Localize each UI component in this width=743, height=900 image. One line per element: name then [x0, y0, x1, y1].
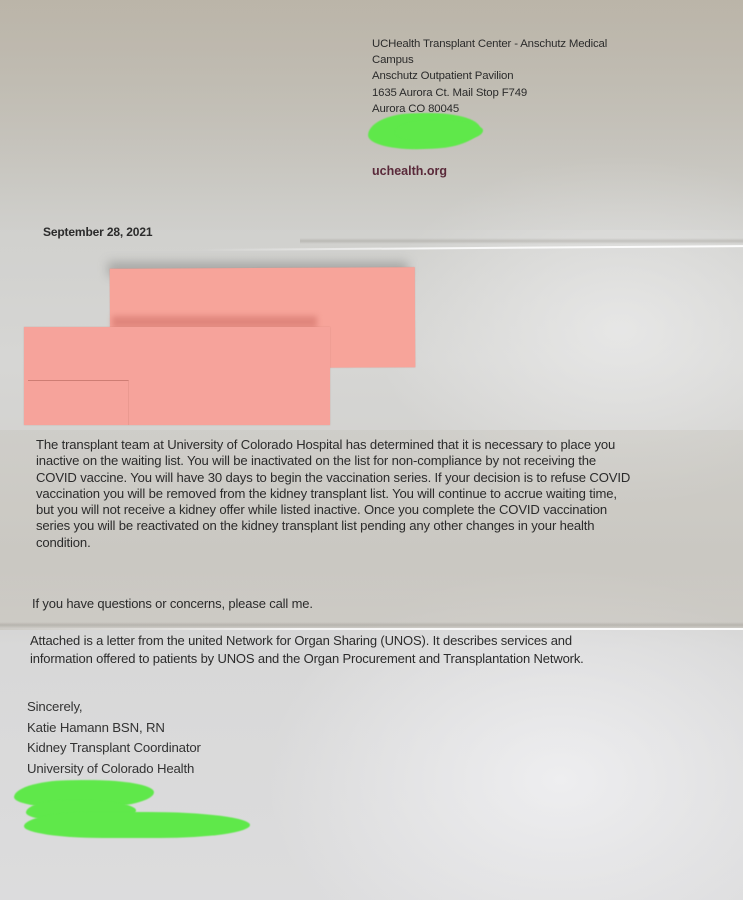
- letter-date: September 28, 2021: [43, 224, 152, 240]
- attachment-line: information offered to patients by UNOS …: [30, 650, 584, 668]
- redaction-green-contact: [24, 812, 250, 838]
- questions-line: If you have questions or concerns, pleas…: [32, 596, 313, 612]
- body-line: inactive on the waiting list. You will b…: [36, 453, 726, 469]
- paper-fold-line: [0, 628, 743, 630]
- body-paragraph: The transplant team at University of Col…: [36, 437, 726, 551]
- address-line: 1635 Aurora Ct. Mail Stop F749: [372, 85, 607, 101]
- body-line: COVID vaccine. You will have 30 days to …: [36, 470, 726, 486]
- signature-closing: Sincerely,: [27, 697, 201, 718]
- signature-title: Kidney Transplant Coordinator: [27, 738, 201, 759]
- letterhead-address: UCHealth Transplant Center - Anschutz Me…: [372, 36, 607, 117]
- redaction-green-phone: [395, 120, 483, 142]
- signature-organization: University of Colorado Health: [27, 759, 201, 780]
- body-line: condition.: [36, 535, 726, 551]
- body-line: The transplant team at University of Col…: [36, 437, 726, 453]
- body-line: vaccination you will be removed from the…: [36, 486, 726, 502]
- redaction-crease: [28, 380, 129, 425]
- address-line: Anschutz Outpatient Pavilion: [372, 68, 607, 84]
- website-link[interactable]: uchealth.org: [372, 164, 447, 178]
- address-line: Campus: [372, 52, 607, 68]
- paper-fold-shadow: [300, 238, 743, 244]
- signature-name: Katie Hamann BSN, RN: [27, 718, 201, 739]
- address-line: UCHealth Transplant Center - Anschutz Me…: [372, 36, 607, 52]
- attachment-note: Attached is a letter from the united Net…: [30, 632, 584, 668]
- body-line: but you will not receive a kidney offer …: [36, 502, 726, 518]
- attachment-line: Attached is a letter from the united Net…: [30, 632, 584, 650]
- body-line: series you will be reactivated on the ki…: [36, 518, 726, 534]
- signature-block: Sincerely, Katie Hamann BSN, RN Kidney T…: [27, 697, 201, 779]
